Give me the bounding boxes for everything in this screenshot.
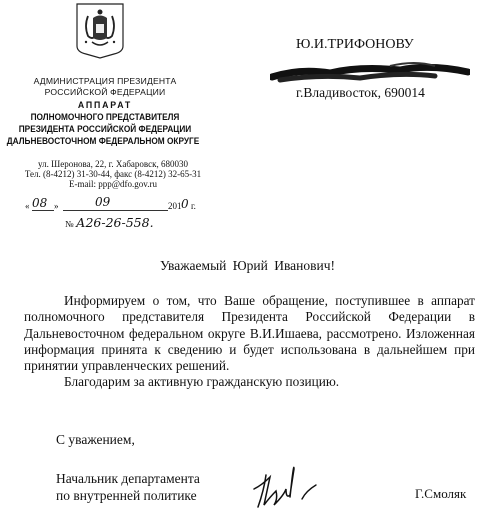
letterhead-line-district: ДАЛЬНЕВОСТОЧНОМ ФЕДЕРАЛЬНОМ ОКРУГЕ <box>5 136 202 148</box>
date-year-unit: г. <box>191 201 196 211</box>
redaction-scribble <box>270 58 470 86</box>
signatory-title-line1: Начальник департамента <box>56 470 200 487</box>
greeting: Уважаемый Юрий Иванович! <box>160 258 335 274</box>
russian-coat-of-arms-icon <box>74 2 126 60</box>
letterhead-address: ул. Шеронова, 22, г. Хабаровск, 680030 <box>8 159 218 170</box>
closing: С уважением, <box>56 432 135 448</box>
signatory-title-line2: по внутренней политике <box>56 487 200 504</box>
letterhead-phone: Тел. (8-4212) 31-30-44, факс (8-4212) 32… <box>8 169 218 180</box>
date-line: « 08 » 09 201 0 г. <box>25 198 195 216</box>
date-close-quote: » <box>54 201 59 211</box>
letterhead-line-plenipotentiary: ПОЛНОМОЧНОГО ПРЕДСТАВИТЕЛЯ <box>8 112 201 124</box>
recipient-city: г.Владивосток, 690014 <box>296 85 425 101</box>
date-month-underline <box>63 210 168 211</box>
date-day-underline <box>32 210 54 211</box>
date-year-suffix: 0 <box>181 197 189 211</box>
letter-body: Информируем о том, что Ваше обращение, п… <box>24 293 475 391</box>
signatory-name: Г.Смоляк <box>415 486 466 502</box>
date-year-prefix: 201 <box>168 201 182 211</box>
date-open-quote: « <box>25 201 30 211</box>
body-paragraph-1: Информируем о том, что Ваше обращение, п… <box>24 293 475 374</box>
letterhead-line-apparat: АППАРАТ <box>8 100 201 112</box>
handwritten-signature-icon <box>250 455 330 515</box>
signatory-title: Начальник департамента по внутренней пол… <box>56 470 200 504</box>
recipient-name: Ю.И.ТРИФОНОВУ <box>296 37 414 53</box>
document-number-line: № А26-26-558. <box>65 215 185 233</box>
date-month: 09 <box>95 195 110 209</box>
letterhead-line-president: ПРЕЗИДЕНТА РОССИЙСКОЙ ФЕДЕРАЦИИ <box>8 124 201 136</box>
number-prefix: № <box>65 219 74 229</box>
letterhead-line-federation: РОССИЙСКОЙ ФЕДЕРАЦИИ <box>0 87 210 99</box>
document-number: А26-26-558. <box>76 215 154 230</box>
body-paragraph-2: Благодарим за активную гражданскую позиц… <box>24 374 475 390</box>
letterhead-line-administration: АДМИНИСТРАЦИЯ ПРЕЗИДЕНТА <box>0 76 210 88</box>
date-day: 08 <box>32 196 47 210</box>
letterhead-email: E-mail: ppp@dfo.gov.ru <box>8 179 218 190</box>
